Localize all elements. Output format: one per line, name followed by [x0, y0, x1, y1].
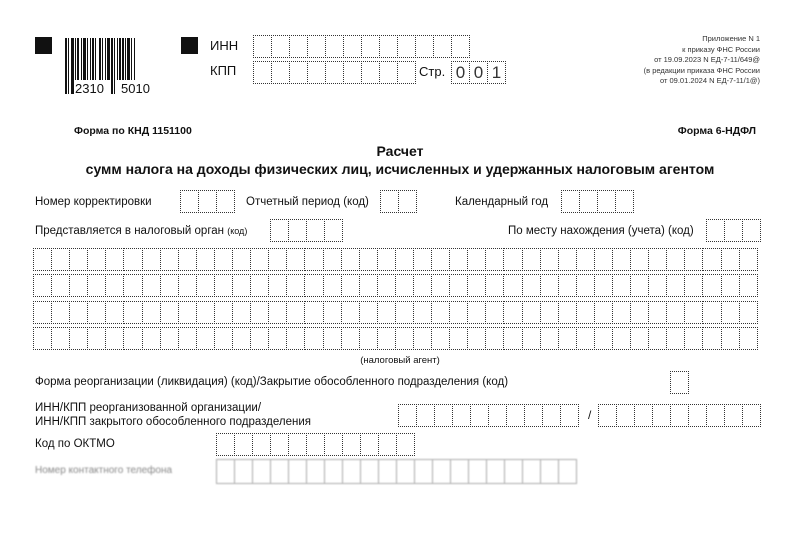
reporting-period-label: Отчетный период (код) — [246, 196, 369, 208]
input-cell[interactable] — [198, 190, 217, 213]
input-cell[interactable] — [413, 301, 432, 324]
tax-agent-name-row[interactable] — [33, 327, 758, 350]
input-cell[interactable] — [359, 248, 378, 271]
input-cell[interactable] — [724, 219, 743, 242]
appendix-line: от 19.09.2023 N ЕД-7-11/649@ — [644, 55, 760, 66]
input-cell[interactable] — [415, 35, 434, 58]
input-cell[interactable] — [51, 274, 70, 297]
input-cell[interactable] — [431, 274, 450, 297]
input-cell[interactable] — [431, 301, 450, 324]
input-cell[interactable] — [467, 327, 486, 350]
input-cell[interactable] — [540, 274, 559, 297]
barcode: 23105010 — [65, 38, 167, 94]
input-cell[interactable] — [341, 274, 360, 297]
input-cell[interactable] — [253, 61, 272, 84]
input-cell[interactable] — [214, 301, 233, 324]
input-cell[interactable] — [214, 274, 233, 297]
input-cell[interactable]: 0 — [451, 61, 470, 84]
input-cell[interactable] — [270, 219, 289, 242]
input-cell[interactable] — [416, 404, 435, 427]
input-cell[interactable] — [503, 327, 522, 350]
input-cell[interactable] — [630, 327, 649, 350]
input-cell[interactable] — [289, 35, 308, 58]
input-cell[interactable] — [597, 190, 616, 213]
input-cell[interactable] — [485, 327, 504, 350]
input-cell[interactable] — [648, 248, 667, 271]
input-cell[interactable] — [395, 274, 414, 297]
input-cell[interactable] — [396, 433, 415, 456]
input-cell[interactable] — [304, 327, 323, 350]
input-cell[interactable] — [252, 459, 271, 484]
input-cell[interactable] — [666, 327, 685, 350]
input-cell[interactable] — [721, 327, 740, 350]
form-subtitle: сумм налога на доходы физических лиц, ис… — [0, 161, 800, 177]
input-cell[interactable] — [724, 404, 743, 427]
appendix-line: Приложение N 1 — [644, 34, 760, 45]
input-cell[interactable] — [306, 433, 325, 456]
input-cell[interactable] — [252, 433, 271, 456]
svg-text:2310: 2310 — [75, 81, 104, 94]
input-cell[interactable] — [288, 219, 307, 242]
input-cell[interactable] — [379, 35, 398, 58]
input-cell[interactable] — [431, 248, 450, 271]
input-cell[interactable] — [123, 301, 142, 324]
input-cell[interactable] — [87, 301, 106, 324]
tax-authority-label-text: Представляется в налоговый орган — [35, 225, 224, 237]
input-cell[interactable] — [105, 274, 124, 297]
input-cell[interactable] — [123, 248, 142, 271]
input-cell[interactable] — [468, 459, 487, 484]
input-cell[interactable] — [739, 248, 758, 271]
input-cell[interactable] — [742, 219, 761, 242]
input-cell[interactable] — [648, 274, 667, 297]
input-cell[interactable] — [250, 327, 269, 350]
form-knd-code: Форма по КНД 1151100 — [74, 125, 192, 137]
input-cell[interactable] — [522, 301, 541, 324]
tax-authority-label: Представляется в налоговый орган (код) — [35, 225, 247, 237]
input-cell[interactable] — [560, 404, 579, 427]
input-cell[interactable] — [688, 404, 707, 427]
input-cell[interactable] — [196, 248, 215, 271]
page-number-field[interactable]: 001 — [451, 61, 506, 84]
input-cell[interactable] — [341, 301, 360, 324]
input-cell[interactable] — [380, 190, 399, 213]
input-cell[interactable] — [306, 459, 325, 484]
input-cell[interactable] — [666, 301, 685, 324]
input-cell[interactable] — [232, 327, 251, 350]
input-cell[interactable] — [742, 404, 761, 427]
input-cell[interactable]: 1 — [487, 61, 506, 84]
input-cell[interactable] — [432, 459, 451, 484]
input-cell[interactable] — [612, 327, 631, 350]
input-cell[interactable]: 0 — [469, 61, 488, 84]
input-cell[interactable] — [142, 274, 161, 297]
input-cell[interactable] — [87, 248, 106, 271]
kpp-field[interactable] — [253, 61, 416, 84]
input-cell[interactable] — [485, 248, 504, 271]
input-cell[interactable] — [452, 404, 471, 427]
input-cell[interactable] — [323, 248, 342, 271]
input-cell[interactable] — [615, 190, 634, 213]
input-cell[interactable] — [378, 433, 397, 456]
input-cell[interactable] — [87, 327, 106, 350]
input-cell[interactable] — [123, 274, 142, 297]
input-cell[interactable] — [361, 61, 380, 84]
input-cell[interactable] — [359, 327, 378, 350]
input-cell[interactable] — [398, 190, 417, 213]
registration-marker-right — [181, 37, 198, 54]
input-cell[interactable] — [341, 327, 360, 350]
input-cell[interactable] — [467, 248, 486, 271]
input-cell[interactable] — [397, 35, 416, 58]
input-cell[interactable] — [196, 301, 215, 324]
input-cell[interactable] — [268, 248, 287, 271]
input-cell[interactable] — [413, 327, 432, 350]
input-cell[interactable] — [506, 404, 525, 427]
input-cell[interactable] — [304, 274, 323, 297]
input-cell[interactable] — [702, 248, 721, 271]
input-cell[interactable] — [379, 61, 398, 84]
input-cell[interactable] — [540, 459, 559, 484]
input-cell[interactable] — [558, 301, 577, 324]
input-cell[interactable] — [160, 274, 179, 297]
tax-agent-name-row[interactable] — [33, 248, 758, 271]
input-cell[interactable] — [414, 459, 433, 484]
input-cell[interactable] — [307, 61, 326, 84]
input-cell[interactable] — [558, 248, 577, 271]
input-cell[interactable] — [449, 248, 468, 271]
input-cell[interactable] — [630, 274, 649, 297]
input-cell[interactable] — [160, 327, 179, 350]
input-cell[interactable] — [396, 459, 415, 484]
input-cell[interactable] — [377, 301, 396, 324]
input-cell[interactable] — [142, 301, 161, 324]
input-cell[interactable] — [270, 459, 289, 484]
input-cell[interactable] — [232, 274, 251, 297]
input-cell[interactable] — [522, 248, 541, 271]
input-cell[interactable] — [286, 301, 305, 324]
input-cell[interactable] — [234, 459, 253, 484]
tax-agent-name-row[interactable] — [33, 274, 758, 297]
input-cell[interactable] — [594, 301, 613, 324]
input-cell[interactable] — [598, 404, 617, 427]
input-cell[interactable] — [214, 327, 233, 350]
input-cell[interactable] — [485, 274, 504, 297]
input-cell[interactable] — [612, 301, 631, 324]
svg-text:5010: 5010 — [121, 81, 150, 94]
input-cell[interactable] — [522, 274, 541, 297]
input-cell[interactable] — [467, 274, 486, 297]
input-cell[interactable] — [542, 404, 561, 427]
input-cell[interactable] — [325, 61, 344, 84]
input-cell[interactable] — [142, 327, 161, 350]
input-cell[interactable] — [684, 274, 703, 297]
input-cell[interactable] — [612, 248, 631, 271]
input-cell[interactable] — [51, 327, 70, 350]
input-cell[interactable] — [271, 35, 290, 58]
input-cell[interactable] — [341, 248, 360, 271]
input-cell[interactable] — [522, 327, 541, 350]
input-cell[interactable] — [289, 61, 308, 84]
inn-label: ИНН — [210, 38, 238, 53]
input-cell[interactable] — [323, 274, 342, 297]
form-name: Форма 6-НДФЛ — [678, 125, 756, 137]
input-cell[interactable] — [652, 404, 671, 427]
oktmo-field[interactable] — [216, 433, 415, 456]
input-cell[interactable] — [684, 327, 703, 350]
input-cell[interactable] — [306, 219, 325, 242]
input-cell[interactable] — [634, 404, 653, 427]
appendix-line: (в редакции приказа ФНС России — [644, 66, 760, 77]
input-cell[interactable] — [702, 274, 721, 297]
input-cell[interactable] — [268, 301, 287, 324]
input-cell[interactable] — [395, 301, 414, 324]
input-cell[interactable] — [232, 301, 251, 324]
input-cell[interactable] — [449, 274, 468, 297]
page-label: Стр. — [419, 64, 445, 79]
input-cell[interactable] — [304, 248, 323, 271]
input-cell[interactable] — [540, 248, 559, 271]
reorg-inn-field[interactable] — [398, 404, 579, 427]
input-cell[interactable] — [684, 248, 703, 271]
input-cell[interactable] — [105, 327, 124, 350]
reorg-inn-kpp-label-line2: ИНН/КПП закрытого обособленного подразде… — [35, 416, 311, 428]
input-cell[interactable] — [503, 274, 522, 297]
input-cell[interactable] — [234, 433, 253, 456]
input-cell[interactable] — [706, 404, 725, 427]
input-cell[interactable] — [105, 301, 124, 324]
input-cell[interactable] — [51, 248, 70, 271]
input-cell[interactable] — [216, 433, 235, 456]
input-cell[interactable] — [576, 327, 595, 350]
input-cell[interactable] — [666, 274, 685, 297]
tax-agent-name-row[interactable] — [33, 301, 758, 324]
input-cell[interactable] — [342, 433, 361, 456]
input-cell[interactable] — [648, 301, 667, 324]
input-cell[interactable] — [504, 459, 523, 484]
input-cell[interactable] — [268, 327, 287, 350]
input-cell[interactable] — [270, 433, 289, 456]
input-cell[interactable] — [503, 248, 522, 271]
input-cell[interactable] — [360, 459, 379, 484]
input-cell[interactable] — [721, 274, 740, 297]
input-cell[interactable] — [648, 327, 667, 350]
input-cell[interactable] — [395, 248, 414, 271]
input-cell[interactable] — [323, 301, 342, 324]
input-cell[interactable] — [271, 61, 290, 84]
input-cell[interactable] — [450, 459, 469, 484]
input-cell[interactable] — [413, 274, 432, 297]
input-cell[interactable] — [431, 327, 450, 350]
input-cell[interactable] — [470, 404, 489, 427]
reporting-period-field[interactable] — [380, 190, 417, 213]
input-cell[interactable] — [702, 327, 721, 350]
input-cell[interactable] — [360, 433, 379, 456]
input-cell[interactable] — [594, 248, 613, 271]
input-cell[interactable] — [178, 327, 197, 350]
input-cell[interactable] — [558, 327, 577, 350]
kpp-label: КПП — [210, 63, 236, 78]
input-cell[interactable] — [684, 301, 703, 324]
input-cell[interactable] — [721, 301, 740, 324]
input-cell[interactable] — [540, 301, 559, 324]
oktmo-label: Код по ОКТМО — [35, 438, 115, 450]
input-cell[interactable] — [286, 327, 305, 350]
input-cell[interactable] — [467, 301, 486, 324]
input-cell[interactable] — [307, 35, 326, 58]
input-cell[interactable] — [196, 327, 215, 350]
input-cell[interactable] — [434, 404, 453, 427]
input-cell[interactable] — [397, 61, 416, 84]
location-code-label: По месту нахождения (учета) (код) — [508, 225, 694, 237]
input-cell[interactable] — [558, 459, 577, 484]
input-cell[interactable] — [232, 248, 251, 271]
input-cell[interactable] — [216, 190, 235, 213]
input-cell[interactable] — [178, 248, 197, 271]
input-cell[interactable] — [343, 35, 362, 58]
input-cell[interactable] — [324, 459, 343, 484]
input-cell[interactable] — [180, 190, 199, 213]
inn-field[interactable] — [253, 35, 470, 58]
input-cell[interactable] — [398, 404, 417, 427]
input-cell[interactable] — [377, 248, 396, 271]
input-cell[interactable] — [87, 274, 106, 297]
reorg-form-field[interactable] — [670, 371, 689, 394]
input-cell[interactable] — [178, 274, 197, 297]
input-cell[interactable] — [250, 301, 269, 324]
input-cell[interactable] — [616, 404, 635, 427]
input-cell[interactable] — [486, 459, 505, 484]
reorg-separator: / — [588, 408, 591, 422]
location-code-field[interactable] — [706, 219, 761, 242]
input-cell[interactable] — [558, 274, 577, 297]
input-cell[interactable] — [123, 327, 142, 350]
input-cell[interactable] — [449, 301, 468, 324]
input-cell[interactable] — [378, 459, 397, 484]
input-cell[interactable] — [216, 459, 235, 484]
input-cell[interactable] — [343, 61, 362, 84]
input-cell[interactable] — [670, 371, 689, 394]
input-cell[interactable] — [576, 248, 595, 271]
input-cell[interactable] — [324, 433, 343, 456]
input-cell[interactable] — [250, 248, 269, 271]
input-cell[interactable] — [503, 301, 522, 324]
input-cell[interactable] — [288, 459, 307, 484]
tax-agent-caption: (налоговый агент) — [0, 355, 800, 366]
input-cell[interactable] — [105, 248, 124, 271]
input-cell[interactable] — [739, 274, 758, 297]
input-cell[interactable] — [268, 274, 287, 297]
input-cell[interactable] — [359, 301, 378, 324]
input-cell[interactable] — [451, 35, 470, 58]
input-cell[interactable] — [69, 248, 88, 271]
input-cell[interactable] — [413, 248, 432, 271]
input-cell[interactable] — [33, 274, 52, 297]
input-cell[interactable] — [160, 301, 179, 324]
input-cell[interactable] — [69, 274, 88, 297]
input-cell[interactable] — [33, 301, 52, 324]
input-cell[interactable] — [33, 248, 52, 271]
input-cell[interactable] — [666, 248, 685, 271]
input-cell[interactable] — [324, 219, 343, 242]
input-cell[interactable] — [561, 190, 580, 213]
tax-authority-label-suffix: (код) — [227, 226, 247, 236]
input-cell[interactable] — [721, 248, 740, 271]
input-cell[interactable] — [253, 35, 272, 58]
input-cell[interactable] — [522, 459, 541, 484]
input-cell[interactable] — [304, 301, 323, 324]
input-cell[interactable] — [630, 248, 649, 271]
input-cell[interactable] — [706, 219, 725, 242]
input-cell[interactable] — [178, 301, 197, 324]
calendar-year-field[interactable] — [561, 190, 634, 213]
input-cell[interactable] — [196, 274, 215, 297]
input-cell[interactable] — [630, 301, 649, 324]
input-cell[interactable] — [670, 404, 689, 427]
appendix-note: Приложение N 1к приказу ФНС Россииот 19.… — [644, 34, 760, 87]
appendix-line: от 09.01.2024 N ЕД-7-11/1@) — [644, 76, 760, 87]
input-cell[interactable] — [160, 248, 179, 271]
input-cell[interactable] — [739, 327, 758, 350]
input-cell[interactable] — [214, 248, 233, 271]
input-cell[interactable] — [142, 248, 161, 271]
form-title: Расчет — [0, 143, 800, 159]
input-cell[interactable] — [286, 274, 305, 297]
registration-marker-left — [35, 37, 52, 54]
input-cell[interactable] — [33, 327, 52, 350]
input-cell[interactable] — [576, 301, 595, 324]
input-cell[interactable] — [485, 301, 504, 324]
input-cell[interactable] — [449, 327, 468, 350]
correction-number-label: Номер корректировки — [35, 196, 152, 208]
phone-label: Номер контактного телефона — [35, 465, 172, 476]
phone-field[interactable] — [216, 459, 577, 484]
reorg-form-label: Форма реорганизации (ликвидация) (код)/З… — [35, 376, 508, 388]
calendar-year-label: Календарный год — [455, 196, 548, 208]
input-cell[interactable] — [288, 433, 307, 456]
appendix-line: к приказу ФНС России — [644, 45, 760, 56]
input-cell[interactable] — [702, 301, 721, 324]
input-cell[interactable] — [612, 274, 631, 297]
input-cell[interactable] — [488, 404, 507, 427]
input-cell[interactable] — [69, 301, 88, 324]
correction-number-field[interactable] — [180, 190, 235, 213]
input-cell[interactable] — [395, 327, 414, 350]
input-cell[interactable] — [286, 248, 305, 271]
input-cell[interactable] — [342, 459, 361, 484]
input-cell[interactable] — [361, 35, 380, 58]
input-cell[interactable] — [524, 404, 543, 427]
input-cell[interactable] — [377, 274, 396, 297]
input-cell[interactable] — [433, 35, 452, 58]
reorg-kpp-field[interactable] — [598, 404, 761, 427]
input-cell[interactable] — [51, 301, 70, 324]
input-cell[interactable] — [576, 274, 595, 297]
input-cell[interactable] — [250, 274, 269, 297]
reorg-inn-kpp-label-line1: ИНН/КПП реорганизованной организации/ — [35, 402, 261, 414]
input-cell[interactable] — [594, 327, 613, 350]
input-cell[interactable] — [594, 274, 613, 297]
input-cell[interactable] — [739, 301, 758, 324]
input-cell[interactable] — [579, 190, 598, 213]
input-cell[interactable] — [359, 274, 378, 297]
tax-authority-field[interactable] — [270, 219, 343, 242]
input-cell[interactable] — [377, 327, 396, 350]
input-cell[interactable] — [323, 327, 342, 350]
input-cell[interactable] — [325, 35, 344, 58]
input-cell[interactable] — [540, 327, 559, 350]
input-cell[interactable] — [69, 327, 88, 350]
